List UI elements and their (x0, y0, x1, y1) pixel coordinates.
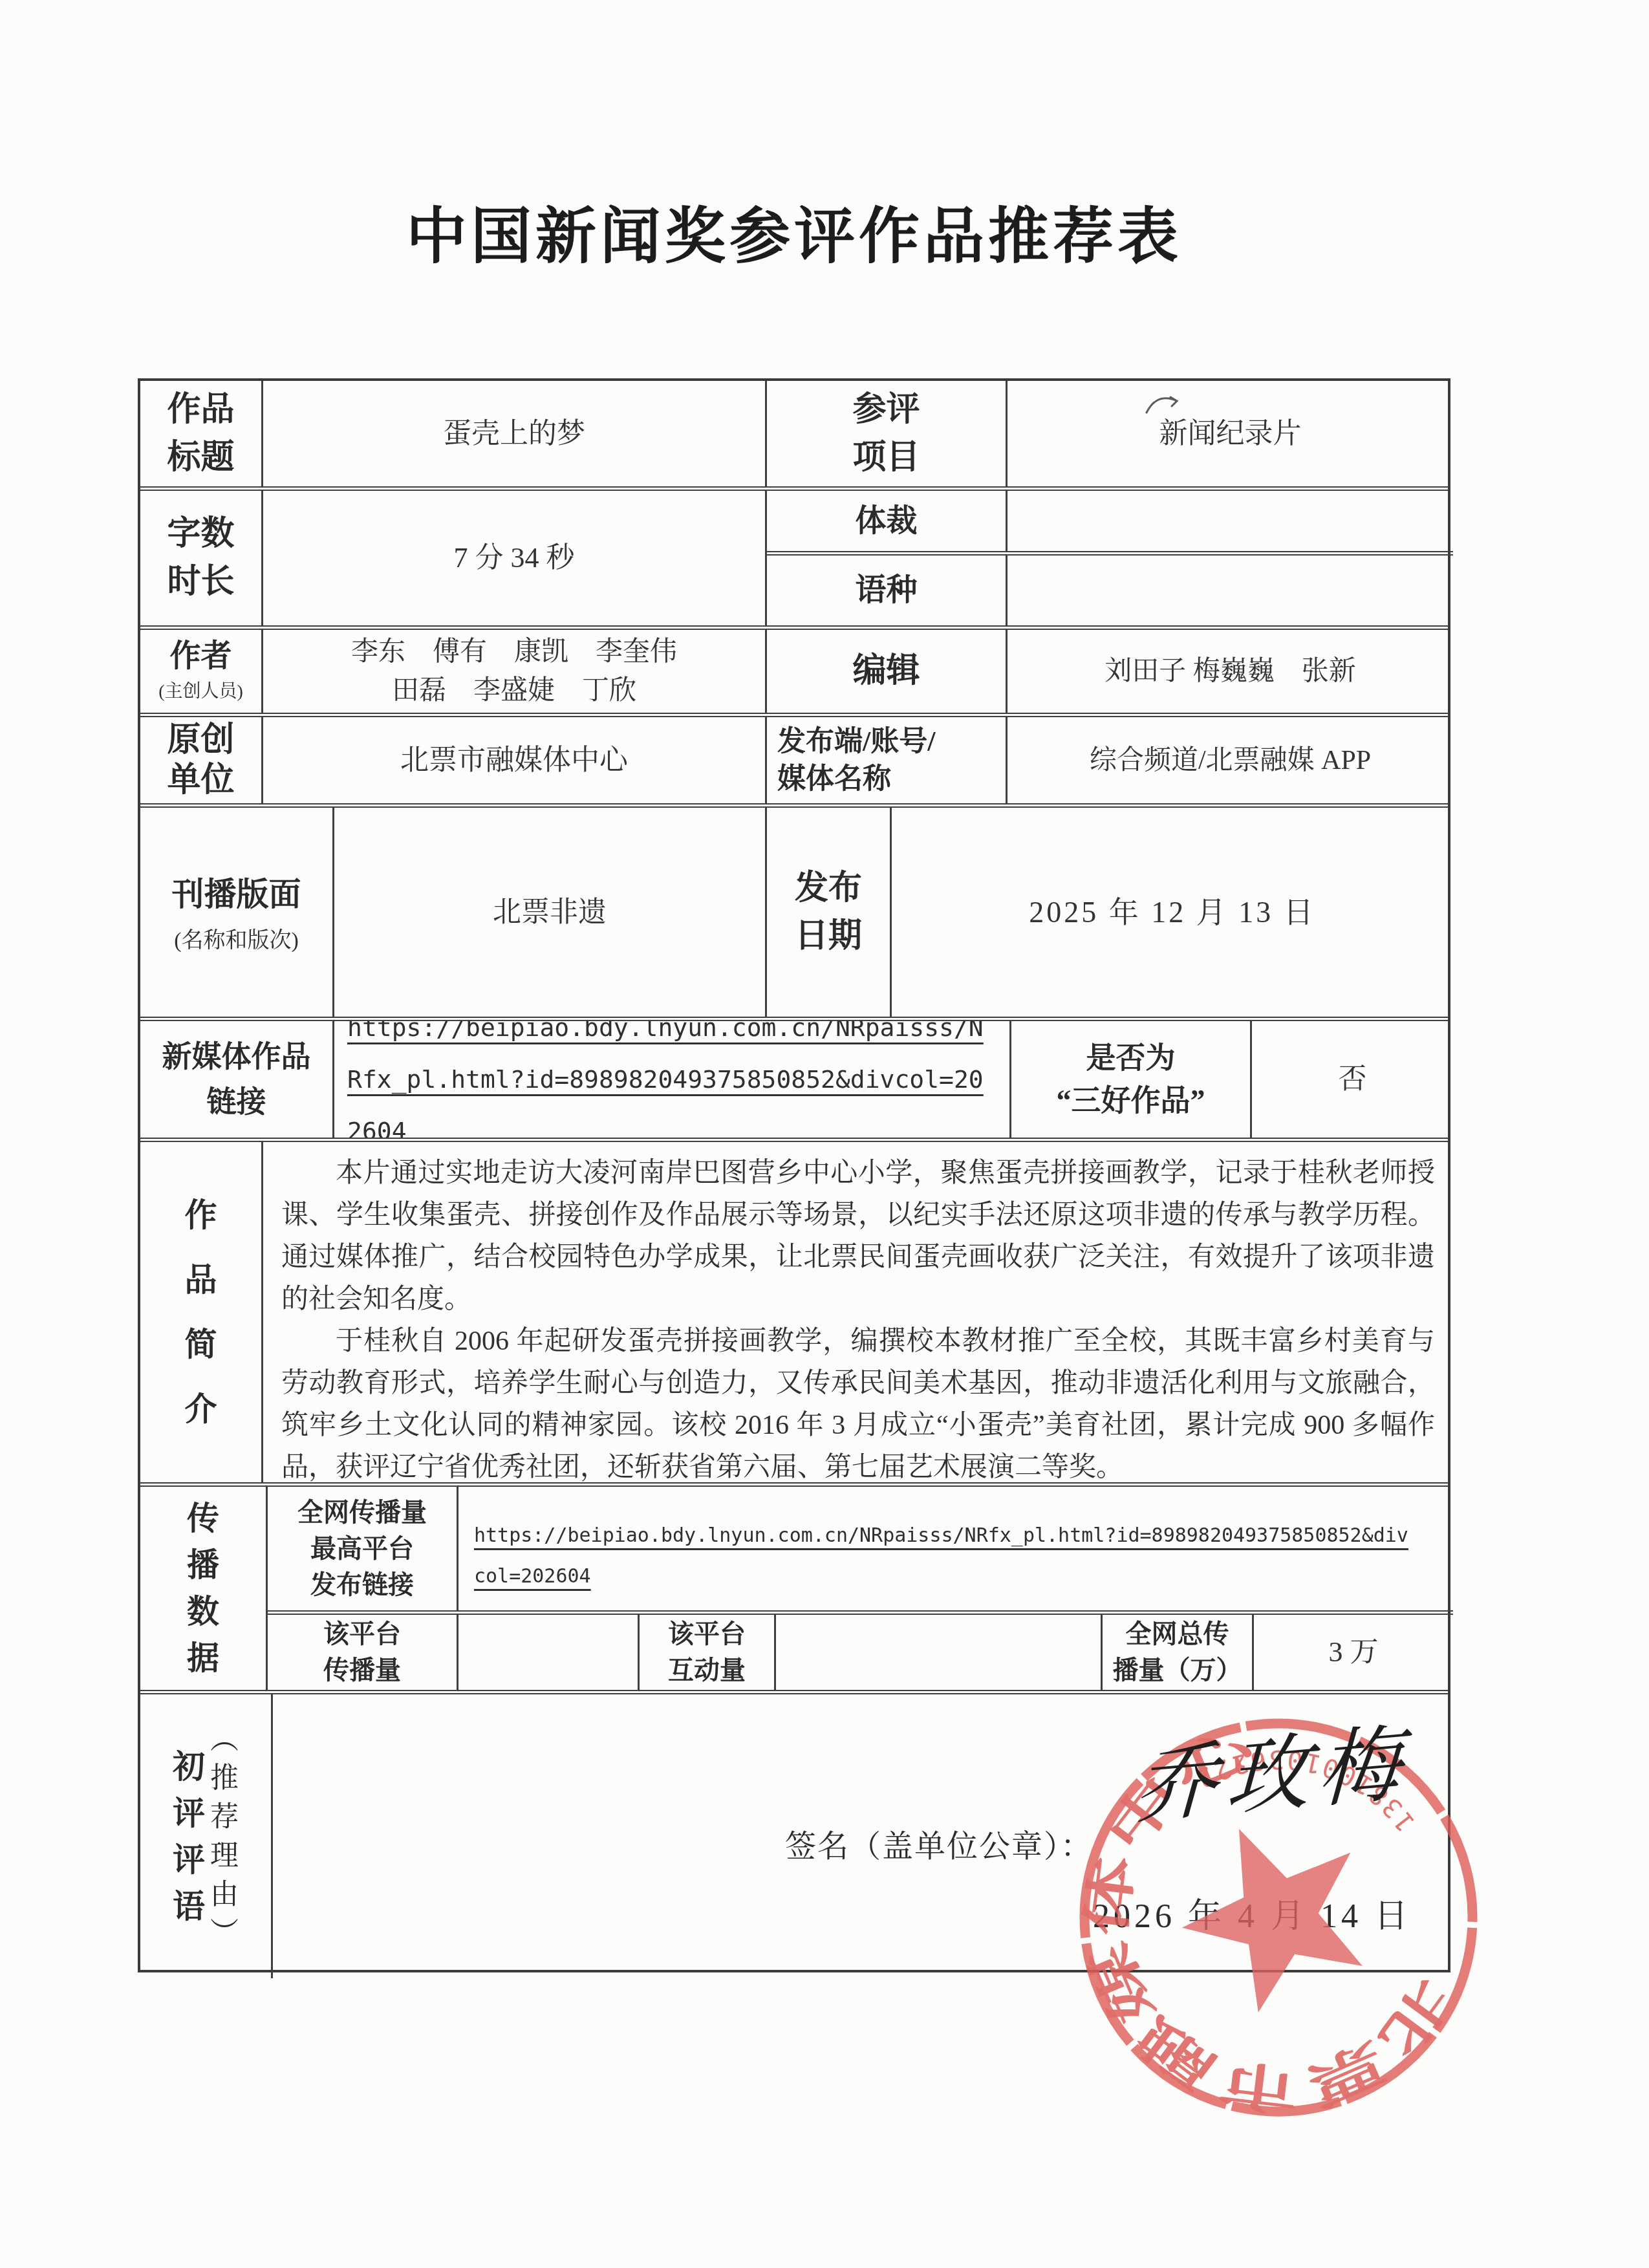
new-media-link-value-cell: https://beipiao.bdy.lnyun.com.cn/NRpaiss… (334, 1021, 1011, 1138)
publish-date-value: 2025 年 12 月 13 日 (1029, 891, 1316, 934)
language-label: 语种 (855, 567, 917, 614)
duration-label: 字数 时长 (167, 510, 234, 606)
top-platform-url-line1: https://beipiao.bdy.lnyun.com.cn/NRpaiss… (474, 1508, 1408, 1564)
publication-page-label-cell: 刊播版面 (名称和版次) (140, 808, 334, 1017)
spread-data-label: 传 播 数 据 (187, 1495, 219, 1681)
signature-seal-label: 签名（盖单位公章）： (785, 1821, 1093, 1866)
work-title-label-cell: 作品 标题 (140, 381, 263, 486)
language-label-cell: 语种 (767, 556, 1008, 625)
page-title: 中国新闻奖参评作品推荐表 (138, 188, 1450, 275)
editor-value: 刘田子 梅巍巍 张新 (1105, 650, 1356, 693)
total-spread-value-cell: 3 万 (1254, 1615, 1453, 1690)
publish-channel-label: 发布端/账号/ 媒体名称 (777, 723, 935, 798)
publication-page-sublabel: (名称和版次) (174, 922, 299, 954)
origin-unit-label: 原创 单位 (167, 720, 234, 801)
editor-label: 编辑 (852, 647, 920, 695)
three-good-value-cell: 否 (1252, 1021, 1453, 1138)
work-intro-paragraph-2: 于桂秋自 2006 年起研发蛋壳拼接画教学，编撰校本教材推广至全校，其既丰富乡村… (281, 1321, 1435, 1482)
platform-interact-label: 该平台 互动量 (668, 1616, 746, 1689)
genre-value-cell (1008, 491, 1453, 551)
author-label: 作者 (169, 640, 232, 673)
origin-unit-value-cell: 北票市融媒体中心 (263, 717, 767, 803)
editor-label-cell: 编辑 (767, 630, 1008, 713)
table-row: 作 品 简 介 本片通过实地走访大凌河南岸巴图营乡中心小学，聚焦蛋壳拼接画教学，… (140, 1142, 1448, 1487)
entry-category-label: 参评 项目 (852, 386, 920, 482)
work-intro-label: 作 品 简 介 (185, 1183, 217, 1442)
publication-page-value: 北票非遗 (493, 891, 607, 934)
platform-spread-label-cell: 该平台 传播量 (268, 1615, 458, 1690)
table-row: 作者 (主创人员) 李东 傅有 康凯 李奎伟 田磊 李盛婕 丁欣 编辑 刘田子 … (140, 630, 1448, 717)
total-spread-label-cell: 全网总传 播量（万） (1103, 1615, 1254, 1690)
table-row: 原创 单位 北票市融媒体中心 发布端/账号/ 媒体名称 综合频道/北票融媒 AP… (140, 717, 1448, 808)
origin-unit-label-cell: 原创 单位 (140, 717, 263, 803)
work-intro-paragraph-1: 本片通过实地走访大凌河南岸巴图营乡中心小学，聚焦蛋壳拼接画教学，记录于桂秋老师授… (281, 1152, 1435, 1321)
platform-interact-value-cell (776, 1615, 1103, 1690)
entry-category-label-cell: 参评 项目 (767, 381, 1008, 486)
new-media-link-url: https://beipiao.bdy.lnyun.com.cn/NRpaiss… (347, 1021, 997, 1138)
publish-channel-value: 综合频道/北票融媒 APP (1090, 739, 1371, 782)
genre-label: 体裁 (855, 497, 917, 545)
scanned-form-page: 中国新闻奖参评作品推荐表 作品 标题 蛋壳上的梦 参评 项目 新闻纪录片 字数 … (0, 0, 1649, 2268)
author-value: 李东 傅有 康凯 李奎伟 田磊 李盛婕 丁欣 (351, 632, 677, 710)
duration-value-cell: 7 分 34 秒 (263, 491, 767, 625)
seal-star-icon (1168, 1822, 1385, 2032)
publish-date-value-cell: 2025 年 12 月 13 日 (892, 808, 1453, 1017)
top-platform-link-label: 全网传播量 最高平台 发布链接 (297, 1495, 427, 1603)
new-media-link-label-cell: 新媒体作品 链接 (140, 1021, 334, 1138)
duration-label-cell: 字数 时长 (140, 491, 263, 625)
publication-page-label: 刊播版面 (172, 870, 301, 918)
table-row: 字数 时长 7 分 34 秒 体裁 语种 (140, 491, 1448, 630)
publish-channel-value-cell: 综合频道/北票融媒 APP (1008, 717, 1453, 803)
author-value-cell: 李东 傅有 康凯 李奎伟 田磊 李盛婕 丁欣 (263, 630, 767, 713)
author-label-cell: 作者 (主创人员) (140, 630, 263, 713)
publication-page-value-cell: 北票非遗 (334, 808, 767, 1017)
work-intro-label-cell: 作 品 简 介 (140, 1142, 263, 1482)
initial-review-label-main: 初 评 评 语 (173, 1744, 205, 1930)
origin-unit-value: 北票市融媒体中心 (400, 739, 628, 782)
duration-value: 7 分 34 秒 (454, 537, 575, 579)
work-intro-value-cell: 本片通过实地走访大凌河南岸巴图营乡中心小学，聚焦蛋壳拼接画教学，记录于桂秋老师授… (263, 1142, 1453, 1482)
work-title-label: 作品 标题 (167, 386, 234, 482)
entry-category-value-cell: 新闻纪录片 (1008, 381, 1453, 486)
platform-spread-label: 该平台 传播量 (323, 1616, 401, 1689)
pen-mark-icon (1145, 393, 1180, 416)
editor-value-cell: 刘田子 梅巍巍 张新 (1008, 630, 1453, 713)
platform-interact-label-cell: 该平台 互动量 (640, 1615, 776, 1690)
table-row: 新媒体作品 链接 https://beipiao.bdy.lnyun.com.c… (140, 1021, 1448, 1142)
new-media-link-label: 新媒体作品 链接 (162, 1034, 311, 1125)
total-spread-label: 全网总传 播量（万） (1113, 1616, 1242, 1689)
work-title-value-cell: 蛋壳上的梦 (263, 381, 767, 486)
author-sublabel: (主创人员) (158, 677, 243, 703)
three-good-value: 否 (1339, 1058, 1367, 1101)
initial-review-label-cell: 初 评 评 语 ︵ 推 荐 理 由 ︶ (140, 1694, 273, 1978)
platform-spread-value-cell (458, 1615, 640, 1690)
top-platform-link-label-cell: 全网传播量 最高平台 发布链接 (268, 1487, 458, 1610)
table-row: 传 播 数 据 全网传播量 最高平台 发布链接 https://beipiao.… (140, 1487, 1448, 1694)
work-title-value: 蛋壳上的梦 (443, 413, 585, 455)
top-platform-link-value-cell: https://beipiao.bdy.lnyun.com.cn/NRpaiss… (458, 1487, 1453, 1610)
entry-category-value: 新闻纪录片 (1159, 413, 1302, 455)
genre-label-cell: 体裁 (767, 491, 1008, 551)
publish-channel-label-cell: 发布端/账号/ 媒体名称 (767, 717, 1008, 803)
three-good-label-cell: 是否为 “三好作品” (1011, 1021, 1252, 1138)
spread-data-label-cell: 传 播 数 据 (140, 1487, 268, 1690)
initial-review-label-paren: ︵ 推 荐 理 由 ︶ (210, 1720, 239, 1953)
publish-date-label-cell: 发布 日期 (767, 808, 892, 1017)
three-good-label: 是否为 “三好作品” (1057, 1037, 1205, 1122)
table-row: 刊播版面 (名称和版次) 北票非遗 发布 日期 2025 年 12 月 13 日 (140, 808, 1448, 1021)
language-value-cell (1008, 556, 1453, 625)
table-row: 作品 标题 蛋壳上的梦 参评 项目 新闻纪录片 (140, 381, 1448, 491)
top-platform-url-line2: col=202604 (474, 1564, 591, 1590)
total-spread-value: 3 万 (1329, 1631, 1379, 1674)
publish-date-label: 发布 日期 (795, 865, 862, 960)
